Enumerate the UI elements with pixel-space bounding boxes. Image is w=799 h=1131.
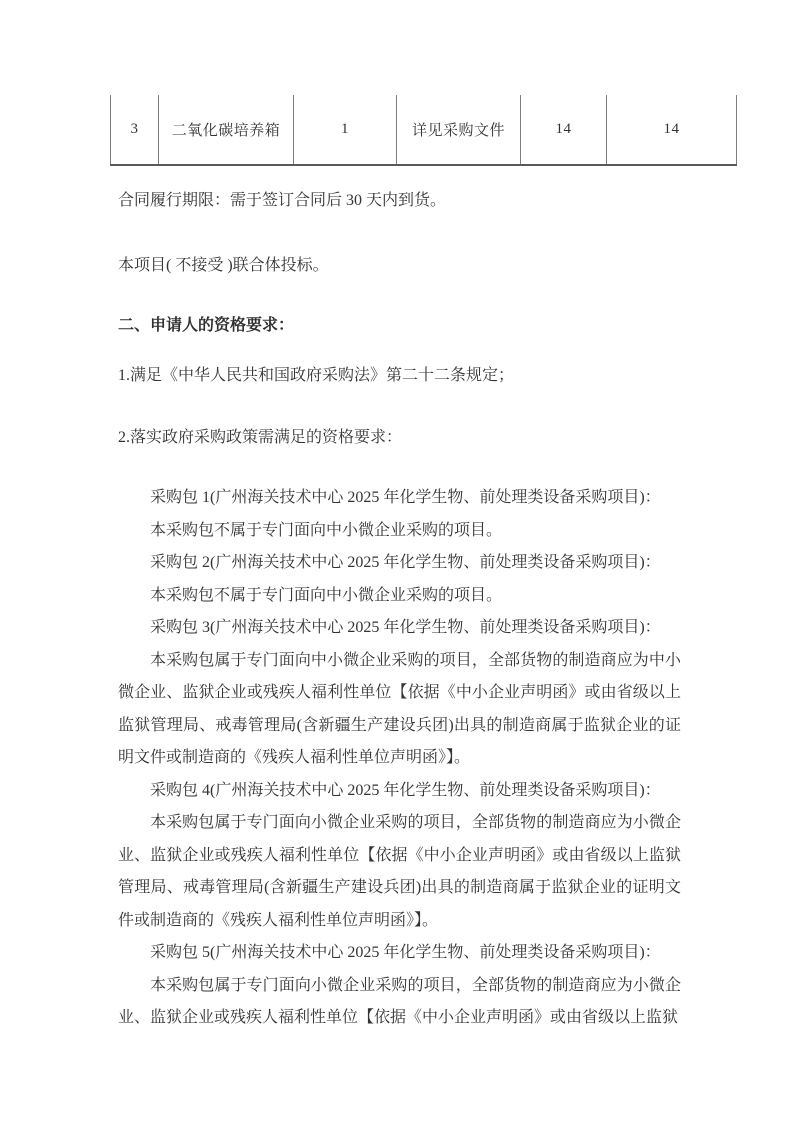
section-heading: 二、申请人的资格要求： [118,310,681,343]
package-4-body: 本采购包属于专门面向小微企业采购的项目，全部货物的制造商应为小微企业、监狱企业或… [118,807,681,937]
contract-period-text: 合同履行期限：需于签订合同后 30 天内到货。 [118,185,681,218]
package-5-title: 采购包 5(广州海关技术中心 2025 年化学生物、前处理类设备采购项目)： [118,937,681,970]
qualification-item-1: 1.满足《中华人民共和国政府采购法》第二十二条规定； [118,360,681,393]
package-2-body: 本采购包不属于专门面向中小微企业采购的项目。 [118,580,681,613]
consortium-bid-text: 本项目( 不接受 )联合体投标。 [118,250,681,283]
document-page: 3 二氧化碳培养箱 1 详见采购文件 14 14 合同履行期限：需于签订合同后 … [0,0,799,1131]
package-3-title: 采购包 3(广州海关技术中心 2025 年化学生物、前处理类设备采购项目)： [118,612,681,645]
package-1-title: 采购包 1(广州海关技术中心 2025 年化学生物、前处理类设备采购项目)： [118,482,681,515]
package-3-body: 本采购包属于专门面向中小微企业采购的项目，全部货物的制造商应为中小微企业、监狱企… [118,645,681,775]
qualification-item-2: 2.落实政府采购政策需满足的资格要求： [118,422,681,455]
package-2-title: 采购包 2(广州海关技术中心 2025 年化学生物、前处理类设备采购项目)： [118,547,681,580]
document-body: 合同履行期限：需于签订合同后 30 天内到货。 本项目( 不接受 )联合体投标。… [118,0,681,1131]
package-1-body: 本采购包不属于专门面向中小微企业采购的项目。 [118,515,681,548]
package-4-title: 采购包 4(广州海关技术中心 2025 年化学生物、前处理类设备采购项目)： [118,775,681,808]
package-5-body: 本采购包属于专门面向小微企业采购的项目，全部货物的制造商应为小微企业、监狱企业或… [118,970,681,1035]
